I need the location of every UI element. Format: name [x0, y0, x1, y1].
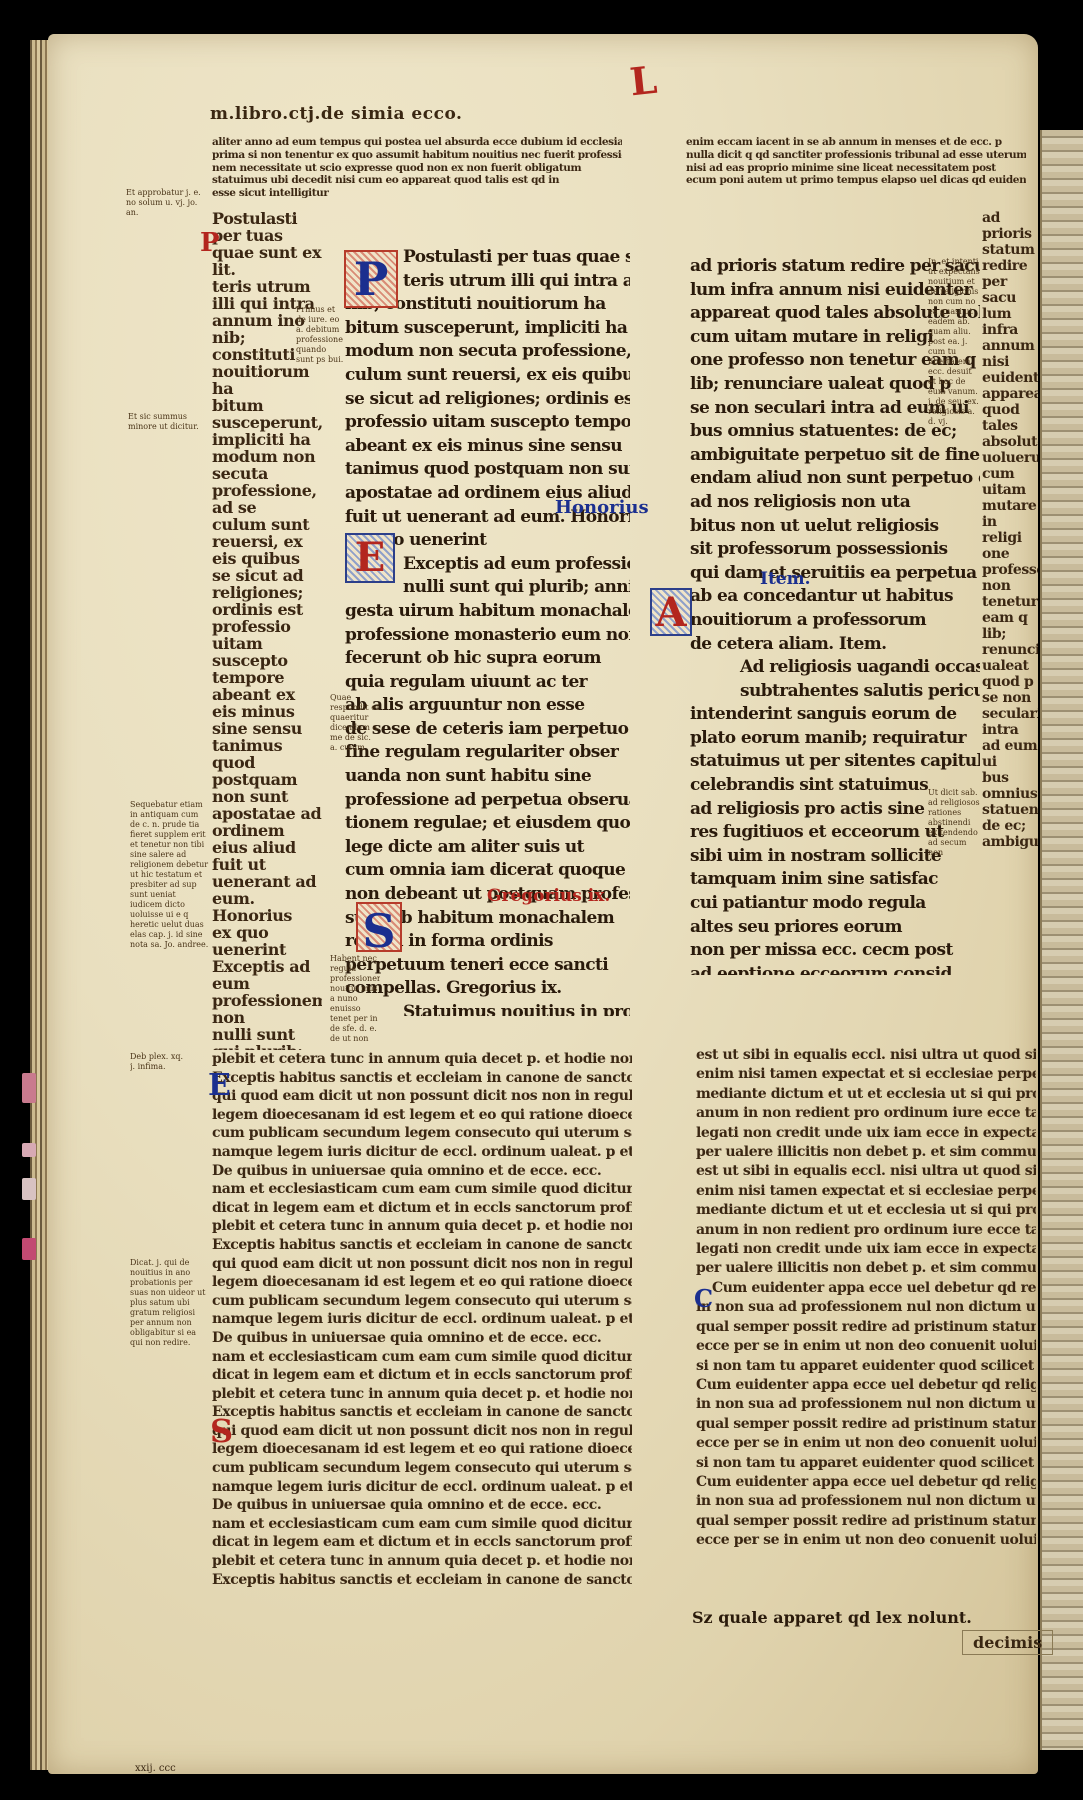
rubric-item: Item.	[760, 569, 811, 589]
text-line: altes seu priores eorum	[690, 916, 980, 940]
gloss-top-right: enim eccam iacent in se ab annum in mens…	[686, 136, 1026, 196]
gloss-strip-text: cum uitam mutare in religi	[982, 466, 1038, 546]
marginal-note-right-lower: Ut dicit sab. ad religiosos rationes abs…	[928, 788, 980, 858]
closing-line: Sz quale apparet qd lex nolunt.	[692, 1608, 972, 1627]
initial-s-illuminated: S	[356, 902, 402, 952]
text-line: se sicut ad religiones; ordinis est	[345, 388, 630, 412]
bookmark-tab-2	[22, 1143, 36, 1157]
gloss-line: nulla dicit q qd sanctiter professionis …	[686, 149, 1026, 162]
gloss-line: qual semper possit redire ad pristinum s…	[696, 1318, 1036, 1337]
text-line: compellas. Gregorius ix.	[345, 977, 630, 1001]
text-line: ad nos religiosis non uta	[690, 491, 980, 515]
gloss-line: qui quod eam dicit ut non possunt dicit …	[212, 1087, 632, 1106]
bookmark-tab-3	[22, 1178, 36, 1200]
rubric-gregorius: Gregorius ix.	[487, 886, 610, 906]
gloss-line: qui quod eam dicit ut non possunt dicit …	[212, 1422, 632, 1441]
text-line: cum omnia iam dicerat quoque	[345, 859, 630, 883]
marginal-note-left-top: Et approbatur j. e. no solum u. vj. jo. …	[126, 188, 206, 224]
gloss-outer-right-column: ad prioris statum redire per sacu lum in…	[982, 210, 1038, 850]
marginal-note-right-upper: In. et intenti ut expectans nouitium et …	[928, 257, 980, 437]
text-line: fecerunt ob hic supra eorum	[345, 647, 630, 671]
gloss-strip-text: culum sunt reuersi, ex eis quibus	[212, 516, 322, 567]
gloss-line: anum in non redient pro ordinum iure ecc…	[696, 1104, 1036, 1123]
text-line: ab alis arguuntur non esse	[345, 694, 630, 718]
gloss-line: si non tam tu apparet euidenter quod sci…	[696, 1357, 1036, 1376]
text-line: ab ea concedantur ut habitus	[690, 585, 980, 609]
text-line: intenderint sanguis eorum de	[690, 703, 980, 727]
text-line: fine regulam regulariter obser	[345, 741, 630, 765]
gloss-line: nam et ecclesiasticam cum eam cum simile…	[212, 1180, 632, 1199]
text-line: subtrahentes salutis periculum	[690, 680, 980, 704]
gloss-strip-text: appareat quod tales absolute uoluerunt	[982, 386, 1038, 466]
gloss-line: enim nisi tamen expectat et si ecclesiae…	[696, 1065, 1036, 1084]
text-line: de sese de ceteris iam perpetuo	[345, 718, 630, 742]
initial-a-illuminated: A	[650, 588, 692, 636]
gloss-line: plebit et cetera tunc in annum quia dece…	[212, 1050, 632, 1069]
gloss-line: Exceptis habitus sanctis et eccleiam in …	[212, 1069, 632, 1088]
gloss-line: anum in non redient pro ordinum iure ecc…	[696, 1221, 1036, 1240]
gloss-line: mediante dictum et ut et ecclesia ut si …	[696, 1085, 1036, 1104]
gloss-strip-text: se non seculari intra ad eum ui	[982, 690, 1038, 770]
text-line: endam aliud non sunt perpetuo cum	[690, 467, 980, 491]
text-line: plato eorum manib; requiratur	[690, 727, 980, 751]
gloss-line: legem dioecesanam id est legem et eo qui…	[212, 1440, 632, 1459]
text-line: gesta uirum habitum monachale	[345, 600, 630, 624]
marginal-note-left-bottom: Dicat. j. qui de nouitius in ano probati…	[130, 1258, 210, 1418]
gloss-strip-text: professio uitam suscepto tempore	[212, 618, 322, 686]
gloss-line: per ualere illicitis non debet p. et sim…	[696, 1143, 1036, 1162]
gloss-line: enim nisi tamen expectat et si ecclesiae…	[696, 1182, 1036, 1201]
marginal-note-left-middle: Sequebatur etiam in antiquam cum de c. n…	[130, 800, 210, 960]
gloss-line: est ut sibi in equalis eccl. nisi ultra …	[696, 1046, 1036, 1065]
initial-p-illuminated: P	[344, 250, 398, 308]
gloss-strip-text: Postulasti per tuas quae sunt ex lit.	[212, 210, 322, 278]
marginal-note-left-lower: Deb plex. xq. j. infima.	[130, 1052, 190, 1072]
text-line: cui patiantur modo regula	[690, 892, 980, 916]
gloss-line: si non tam tu apparet euidenter quod sci…	[696, 1454, 1036, 1473]
gloss-line: plebit et cetera tunc in annum quia dece…	[212, 1385, 632, 1404]
gloss-line: Cum euidenter appa ecce uel debetur qd r…	[696, 1473, 1036, 1492]
text-line: lege dicte am aliter suis ut	[345, 836, 630, 860]
gloss-line: De quibus in uniuersae quia omnino et de…	[212, 1162, 632, 1181]
text-line: nouitiorum a professorum	[690, 609, 980, 633]
gloss-strip-text: tanimus quod postquam non sunt	[212, 737, 322, 805]
rubric-honorius: Honorius	[555, 497, 649, 518]
gloss-line: Exceptis habitus sanctis et eccleiam in …	[212, 1236, 632, 1255]
gloss-line: in non sua ad professionem nul non dictu…	[696, 1395, 1036, 1414]
gloss-line: nam et ecclesiasticam cum eam cum simile…	[212, 1348, 632, 1367]
text-line: professio uitam suscepto tempore	[345, 411, 630, 435]
gloss-strip-text: se sicut ad religiones; ordinis est	[212, 567, 322, 618]
initial-c-gloss: C	[694, 1284, 713, 1313]
initial-e-gloss: E	[208, 1068, 231, 1103]
initial-e-illuminated: E	[345, 533, 395, 583]
gloss-line: ecum poni autem ut primo tempus elapso u…	[686, 174, 1026, 187]
gloss-line: qual semper possit redire ad pristinum s…	[696, 1415, 1036, 1434]
gloss-line: qual semper possit redire ad pristinum s…	[696, 1512, 1036, 1531]
gloss-strip-text: ex quo uenerint	[212, 924, 322, 958]
gloss-line: mediante dictum et ut et ecclesia ut si …	[696, 1201, 1036, 1220]
text-line: bitum susceperunt, impliciti ha	[345, 317, 630, 341]
text-line: tamquam inim sine satisfac	[690, 868, 980, 892]
marginal-note-left-upper: Et sic summus minore ut dicitur.	[128, 412, 208, 436]
gloss-line: prima si non tenentur ex quo assumit hab…	[212, 149, 622, 162]
text-line: sit professorum possessionis	[690, 538, 980, 562]
quire-signature: xxij. ccc	[135, 1763, 176, 1774]
text-line: modum non secuta professione, ad se	[345, 340, 630, 364]
text-line: Ad religiosis uagandi occasione	[690, 656, 980, 680]
gloss-strip-text: modum non secuta professione, ad se	[212, 448, 322, 516]
gloss-line: aliter anno ad eum tempus qui postea uel…	[212, 136, 622, 149]
gloss-strip-text: ad prioris statum redire per sacu	[982, 210, 1038, 306]
initial-p-gloss: P	[200, 228, 220, 258]
text-line: Statuimus nouitius in prolonc	[345, 1001, 630, 1016]
gloss-strip-text: apostatae ad ordinem eius aliud	[212, 805, 322, 856]
text-line: de cetera aliam. Item.	[690, 633, 980, 657]
gloss-line: ecce per se in enim ut non deo conuenit …	[696, 1434, 1036, 1453]
gloss-line: cum publicam secundum legem consecuto qu…	[212, 1124, 632, 1143]
text-line: ad eeptione ecceorum consid	[690, 963, 980, 975]
gloss-line: per ualere illicitis non debet p. et sim…	[696, 1259, 1036, 1278]
gloss-line: est ut sibi in equalis eccl. nisi ultra …	[696, 1162, 1036, 1181]
bookmark-tab-1	[22, 1073, 36, 1103]
gloss-strip-text: nulli sunt qui plurib; anni	[212, 1026, 322, 1050]
bookmark-tab-4	[22, 1238, 36, 1260]
gloss-line: Cum euidenter appa ecce uel debetur qd r…	[696, 1376, 1036, 1395]
text-line: uanda non sunt habitu sine	[345, 765, 630, 789]
gloss-line: legati non credit unde uix iam ecce in e…	[696, 1240, 1036, 1259]
gloss-strip-text: ambiguitate perpetuo sit de fine	[982, 834, 1038, 850]
gloss-line: in non sua ad professionem nul non dictu…	[696, 1298, 1036, 1317]
gloss-line: in non sua ad professionem nul non dictu…	[696, 1492, 1036, 1511]
gloss-line: dicat in legem eam et dictum et in eccls…	[212, 1533, 632, 1552]
gloss-line: dicat in legem eam et dictum et in eccls…	[212, 1199, 632, 1218]
gloss-line: nem necessitate ut scio expresse quod no…	[212, 162, 622, 175]
gloss-strip-text: one professo non tenetur eam q	[982, 546, 1038, 626]
gloss-line: Exceptis habitus sanctis et eccleiam in …	[212, 1571, 632, 1590]
gloss-bottom-right: est ut sibi in equalis eccl. nisi ultra …	[696, 1046, 1036, 1586]
text-line: statuimus ut per sitentes capitulis	[690, 750, 980, 774]
text-line: tanimus quod postquam non sunt	[345, 458, 630, 482]
facing-page-edge	[1040, 130, 1083, 1750]
gloss-line: legem dioecesanam id est legem et eo qui…	[212, 1273, 632, 1292]
text-line: non per missa ecc. cecm post	[690, 939, 980, 963]
gloss-line: statuimus ubi decedit nisi cum eo appare…	[212, 174, 622, 187]
gloss-line: qui quod eam dicit ut non possunt dicit …	[212, 1255, 632, 1274]
text-line: ambiguitate perpetuo sit de fine	[690, 444, 980, 468]
gloss-line: namque legem iuris dicitur de eccl. ordi…	[212, 1478, 632, 1497]
gloss-line: enim eccam iacent in se ab annum in mens…	[686, 136, 1026, 149]
marginal-note-inner-upper: Primus et de iure. eo a. debitum profess…	[296, 305, 344, 365]
text-line: professione monasterio eum non	[345, 624, 630, 648]
text-line: qui dam et seruitiis ea perpetua	[690, 562, 980, 586]
gloss-line: ecce per se in enim ut non deo conuenit …	[696, 1337, 1036, 1356]
text-line: bitus non ut uelut religiosis	[690, 515, 980, 539]
gloss-line: ecce per se in enim ut non deo conuenit …	[696, 1531, 1036, 1550]
gloss-line: esse sicut intelligitur	[212, 187, 622, 200]
gloss-line: cum publicam secundum legem consecuto qu…	[212, 1292, 632, 1311]
text-line: quia regulam uiuunt ac ter	[345, 671, 630, 695]
running-header: m.libro.ctj.de simia ecco.	[210, 104, 462, 124]
gloss-line: De quibus in uniuersae quia omnino et de…	[212, 1496, 632, 1515]
gloss-strip-text: lib; renunciare ualeat quod p	[982, 626, 1038, 690]
gloss-line: nam et ecclesiasticam cum eam cum simile…	[212, 1515, 632, 1534]
text-line: culum sunt reuersi, ex eis quibus	[345, 364, 630, 388]
gloss-line: Exceptis habitus sanctis et eccleiam in …	[212, 1403, 632, 1422]
gloss-strip-text: lum infra annum nisi euidenter	[982, 306, 1038, 386]
initial-s-gloss: S	[210, 1412, 233, 1450]
folio-mark: L	[628, 57, 659, 105]
gloss-strip-text: Exceptis ad eum professionem non	[212, 958, 322, 1026]
text-line: tionem regulae; et eiusdem quod	[345, 812, 630, 836]
gloss-line: plebit et cetera tunc in annum quia dece…	[212, 1552, 632, 1571]
marginal-note-inner-lower: Habent nec regula professionem nouitio m…	[330, 954, 380, 1044]
gloss-strip-text: abeant ex eis minus sine sensu	[212, 686, 322, 737]
gloss-strip-text: bitum susceperunt, impliciti ha	[212, 397, 322, 448]
gloss-line: namque legem iuris dicitur de eccl. ordi…	[212, 1310, 632, 1329]
marginal-note-inner-middle: Quae respondit et quaeritur dicendum a. …	[330, 693, 380, 753]
gloss-line: dicat in legem eam et dictum et in eccls…	[212, 1366, 632, 1385]
gloss-line: Cum euidenter appa ecce uel debetur qd r…	[696, 1279, 1036, 1298]
catchword: decimis	[962, 1630, 1053, 1655]
gloss-bottom-left: plebit et cetera tunc in annum quia dece…	[212, 1050, 632, 1590]
gloss-line: cum publicam secundum legem consecuto qu…	[212, 1459, 632, 1478]
gloss-line: legem dioecesanam id est legem et eo qui…	[212, 1106, 632, 1125]
gloss-line: legati non credit unde uix iam ecce in e…	[696, 1124, 1036, 1143]
text-line: professione ad perpetua obserua	[345, 789, 630, 813]
gloss-line: namque legem iuris dicitur de eccl. ordi…	[212, 1143, 632, 1162]
gloss-line: nisi ad eas proprio minime sine liceat n…	[686, 162, 1026, 175]
text-line: abeant ex eis minus sine sensu	[345, 435, 630, 459]
gloss-strip-text: bus omnius statuentes: de ec;	[982, 770, 1038, 834]
gloss-line: De quibus in uniuersae quia omnino et de…	[212, 1329, 632, 1348]
gloss-line: plebit et cetera tunc in annum quia dece…	[212, 1217, 632, 1236]
gloss-top-left: aliter anno ad eum tempus qui postea uel…	[212, 136, 622, 206]
gloss-strip-text: fuit ut uenerant ad eum. Honorius	[212, 856, 322, 924]
